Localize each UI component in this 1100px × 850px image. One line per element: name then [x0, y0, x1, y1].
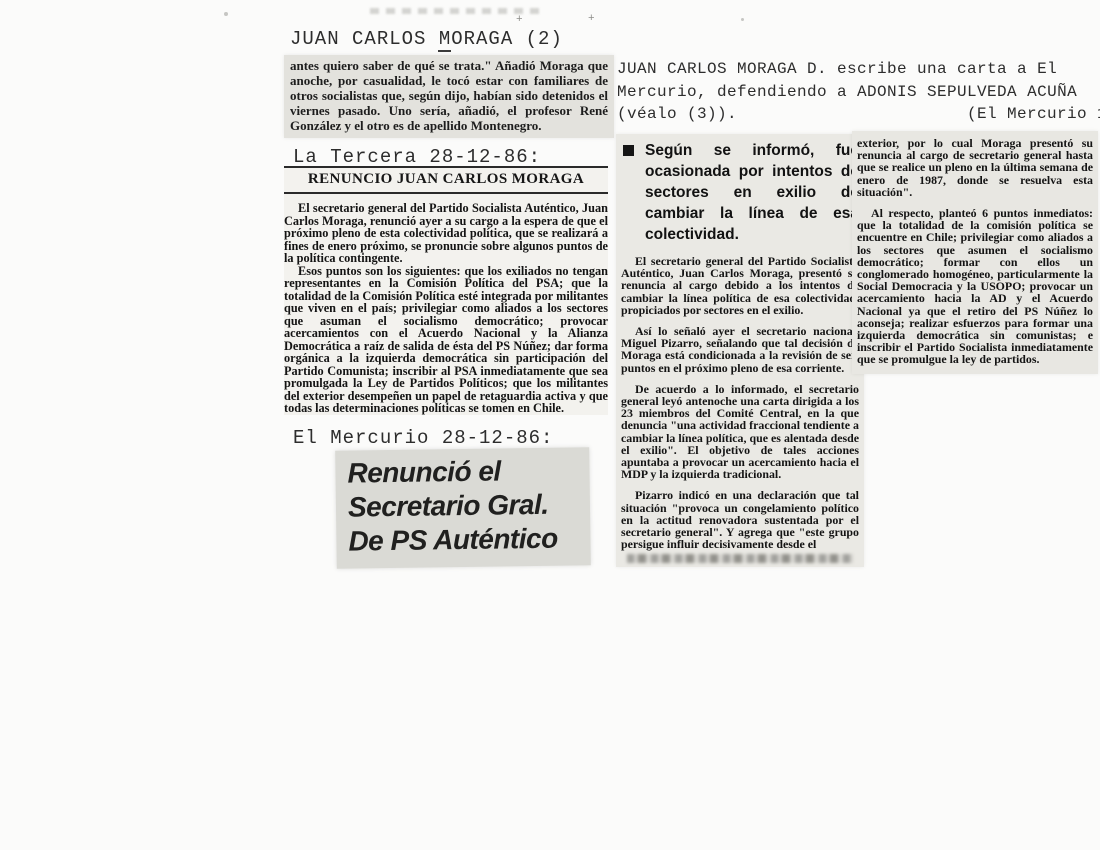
clipping-intro-text: antes quiero saber de qué se trata." Aña… [290, 58, 608, 133]
article-paragraph: Así lo señaló ayer el secretario naciona… [621, 325, 859, 374]
big-headline-line: De PS Auténtico [348, 521, 582, 558]
typed-note: JUAN CARLOS MORAGA D. escribe una carta … [617, 58, 1091, 126]
scan-plus-mark: + [516, 14, 523, 26]
illegible-cut-line [627, 554, 853, 563]
news-article-column-1: Según se informó, fue ocasionada por int… [616, 134, 864, 567]
clipping-intro: antes quiero saber de qué se trata." Aña… [284, 55, 614, 138]
source-label-la-tercera: La Tercera 28-12-86: [293, 146, 541, 168]
typed-note-line: JUAN CARLOS MORAGA D. escribe una carta … [617, 58, 1091, 81]
scan-speck [741, 18, 744, 21]
typed-note-line-left: (véalo (3)). [617, 105, 737, 123]
typed-note-line-right: (El Mercurio 16-12-86) [967, 105, 1100, 123]
big-headline-line: Secretario Gral. [348, 487, 582, 524]
lead-paragraph: Según se informó, fue ocasionada por int… [621, 140, 859, 245]
article-body: El secretario general del Partido Social… [284, 202, 608, 415]
la-tercera-article-clipping: RENUNCIO JUAN CARLOS MORAGA El secretari… [284, 166, 608, 415]
typed-note-line: (véalo (3)).(El Mercurio 16-12-86) [617, 103, 1091, 126]
scan-plus-mark: + [588, 13, 595, 25]
big-headline-line: Renunció el [347, 453, 581, 490]
article-paragraph: De acuerdo a lo informado, el secretario… [621, 383, 859, 481]
article-paragraph: El secretario general del Partido Social… [284, 202, 608, 265]
page-title: JUAN CARLOS MORAGA (2) [290, 28, 563, 50]
typed-note-line: Mercurio, defendiendo a ADONIS SEPULVEDA… [617, 81, 1091, 104]
article-paragraph: Al respecto, planteó 6 puntos inmediatos… [857, 207, 1093, 366]
article-headline: RENUNCIO JUAN CARLOS MORAGA [284, 166, 608, 194]
article-paragraph: Esos puntos son los siguientes: que los … [284, 265, 608, 415]
scan-speck [224, 12, 228, 16]
scan-smudge [370, 8, 540, 14]
lead-text: Según se informó, fue ocasionada por int… [645, 142, 859, 243]
source-label-el-mercurio: El Mercurio 28-12-86: [293, 427, 553, 449]
big-headline-clipping: Renunció el Secretario Gral. De PS Autén… [335, 447, 591, 569]
article-paragraph: exterior, por lo cual Moraga presentó su… [857, 137, 1093, 198]
article-paragraph: Pizarro indicó en una declaración que ta… [621, 489, 859, 550]
news-article-column-2: exterior, por lo cual Moraga presentó su… [852, 131, 1098, 374]
bullet-square-icon [623, 145, 634, 156]
article-paragraph: El secretario general del Partido Social… [621, 255, 859, 316]
underline-mark [438, 50, 451, 52]
